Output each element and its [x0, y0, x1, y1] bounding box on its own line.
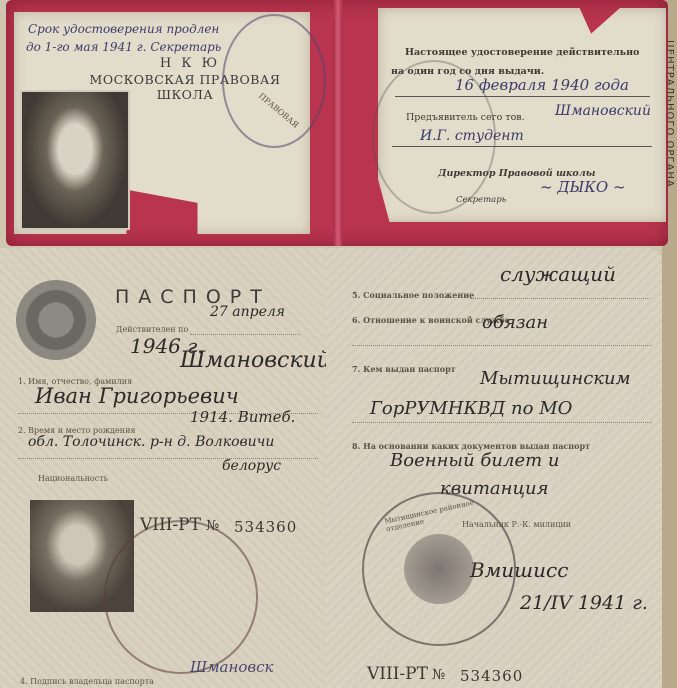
school-stamp: ПРАВОВАЯ: [222, 14, 326, 148]
owner-name: Иван Григорьевич: [35, 384, 239, 408]
issuer-line1: Мытищинским: [480, 368, 631, 389]
passport-series-right: VIII-РТ: [367, 664, 428, 684]
nationality-value: белорус: [222, 458, 281, 474]
valid-until-label: Действителен по: [116, 325, 188, 334]
owner-surname: Шмановский: [180, 348, 331, 373]
number-label-left: №: [206, 518, 219, 534]
field5-label: 5. Социальное положение: [352, 290, 474, 300]
id-right-stamp: [372, 60, 496, 214]
nationality-label: Национальность: [38, 474, 108, 483]
issue-date-passport: 21/IV 1941 г.: [520, 592, 648, 614]
field7-label: 7. Кем выдан паспорт: [352, 364, 456, 374]
issuer-line2: ГорРУМНКВД по МО: [370, 398, 572, 419]
valid-until-date: 27 апреля: [210, 304, 285, 320]
bearer-name: Шмановский: [555, 103, 651, 119]
police-chief-label: Начальник Р.-К. милиции: [462, 520, 571, 529]
basis-line1: Военный билет и: [390, 450, 559, 471]
police-chief-signature: Вмишисс: [470, 558, 568, 582]
extension-note-line1: Срок удостоверения продлен: [28, 22, 219, 36]
stamp-emblem-icon: [404, 534, 474, 604]
passport-left-stamp: [104, 520, 258, 674]
birth-year: 1914. Витеб.: [190, 408, 295, 426]
number-label-right: №: [432, 667, 445, 683]
owner-signature: Шмановск: [190, 658, 274, 676]
military-status-value: обязан: [482, 312, 548, 333]
social-status-value: служащий: [500, 262, 616, 286]
director-signature: ~ ДЫКО ~: [540, 178, 626, 196]
birthplace: обл. Толочинск. р-н д. Волковичи: [28, 434, 274, 450]
passport-series-left: VIII-РТ: [140, 515, 201, 535]
id-card-fold: [333, 0, 343, 246]
passport-number-right: 534360: [460, 667, 523, 685]
passport-number-left: 534360: [234, 518, 297, 536]
signature-label: 4. Подпись владельца паспорта: [20, 677, 154, 686]
ussr-emblem-icon: [16, 280, 96, 360]
validity-line1: Настоящее удостоверение действительно: [405, 47, 639, 58]
extension-note-line2: до 1-го мая 1941 г. Секретарь: [26, 40, 221, 54]
id-card-photo: [20, 90, 130, 230]
